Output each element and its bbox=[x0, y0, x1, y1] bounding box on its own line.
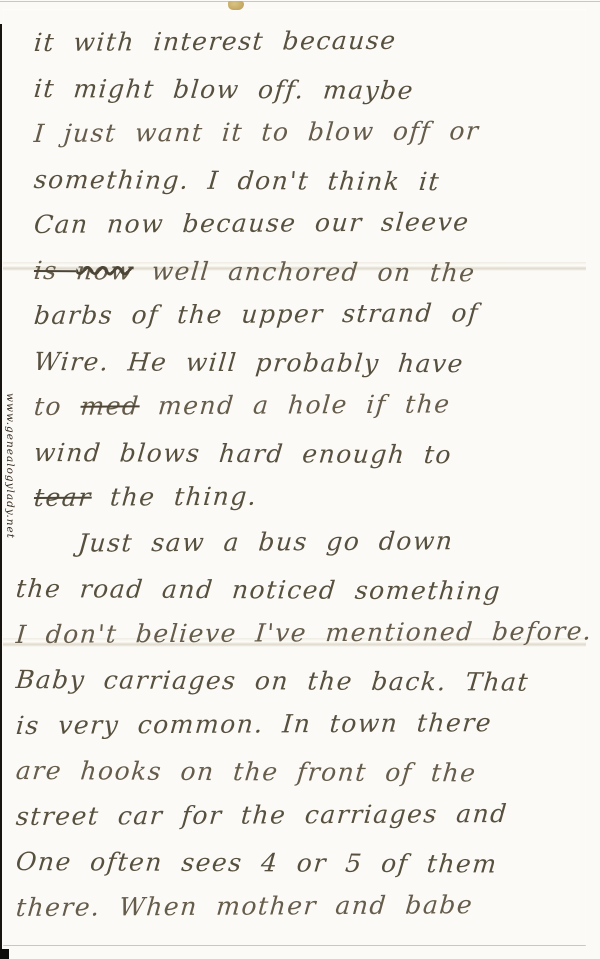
letter-text-segment: One often sees 4 or 5 of them bbox=[15, 847, 499, 879]
struck-word: now bbox=[75, 256, 135, 285]
letter-line: Wire. He will probably have bbox=[32, 339, 588, 387]
tape-mark bbox=[228, 1, 244, 10]
letter-text-segment: well anchored on the bbox=[132, 256, 477, 287]
struck-word: med bbox=[79, 391, 140, 420]
scanner-edge-left bbox=[0, 24, 2, 959]
letter-line: is now well anchored on the bbox=[32, 248, 588, 296]
letter-line: I just want it to blow off or bbox=[32, 108, 588, 157]
scanner-top-line bbox=[0, 1, 600, 2]
struck-word: tear bbox=[33, 483, 93, 512]
letter-text-segment: the thing. bbox=[91, 482, 259, 512]
letter-text-segment: Baby carriages on the back. That bbox=[15, 665, 531, 697]
letter-text-segment: something. I don't think it bbox=[33, 165, 442, 196]
letter-line: I don't believe I've mentioned before. bbox=[14, 608, 588, 657]
letter-text-segment: I don't believe I've mentioned before. bbox=[15, 616, 594, 649]
letter-line: Just saw a bus go down bbox=[14, 517, 588, 566]
letter-text-segment: I just want it to blow off or bbox=[33, 116, 481, 148]
letter-paragraph-2: Just saw a bus go downthe road and notic… bbox=[34, 521, 586, 931]
letter-line: tear the thing. bbox=[32, 472, 588, 521]
letter-text-segment: street car for the carriages and bbox=[15, 798, 509, 830]
letter-line: Baby carriages on the back. That bbox=[14, 657, 588, 705]
letter-text-segment: are hooks on the front of the bbox=[15, 756, 478, 787]
letter-text-segment: to bbox=[33, 392, 82, 421]
letter-line: One often sees 4 or 5 of them bbox=[14, 839, 588, 887]
letter-text-segment: Just saw a bus go down bbox=[77, 526, 455, 557]
letter-text-segment: mend a hole if the bbox=[138, 389, 451, 420]
letter-line: it with interest because bbox=[32, 17, 588, 66]
letter-line: street car for the carriages and bbox=[14, 790, 588, 839]
letter-line: to med mend a hole if the bbox=[32, 381, 588, 430]
letter-text-segment: Can now because our sleeve bbox=[33, 207, 471, 239]
letter-line: is very common. In town there bbox=[14, 699, 588, 748]
letter-text-segment: there. When mother and babe bbox=[15, 890, 475, 922]
letter-line: it might blow off. maybe bbox=[32, 66, 588, 114]
letter-line: there. When mother and babe bbox=[14, 881, 588, 930]
letter-line: barbs of the upper strand of bbox=[32, 290, 588, 339]
letter-text-segment: is very common. In town there bbox=[15, 708, 493, 740]
letter-line: something. I don't think it bbox=[32, 157, 588, 205]
letter-text-segment: the road and noticed something bbox=[15, 574, 503, 606]
letter-text-segment: barbs of the upper strand of bbox=[33, 298, 480, 330]
scanner-edge-corner bbox=[0, 949, 9, 959]
letter-line: Can now because our sleeve bbox=[32, 199, 588, 248]
letter-text-segment: it with interest because bbox=[33, 26, 398, 57]
letter-line: wind blows hard enough to bbox=[32, 430, 588, 478]
letter-text-segment: Wire. He will probably have bbox=[33, 347, 466, 378]
letter-line: the road and noticed something bbox=[14, 566, 588, 614]
letter-text: it with interest becauseit might blow of… bbox=[34, 20, 586, 930]
letter-text-segment: wind blows hard enough to bbox=[33, 438, 454, 469]
letter-paragraph-1: it with interest becauseit might blow of… bbox=[34, 20, 586, 521]
struck-word: is bbox=[33, 256, 78, 285]
letter-text-segment: it might blow off. maybe bbox=[33, 74, 416, 105]
letter-line: are hooks on the front of the bbox=[14, 748, 588, 796]
